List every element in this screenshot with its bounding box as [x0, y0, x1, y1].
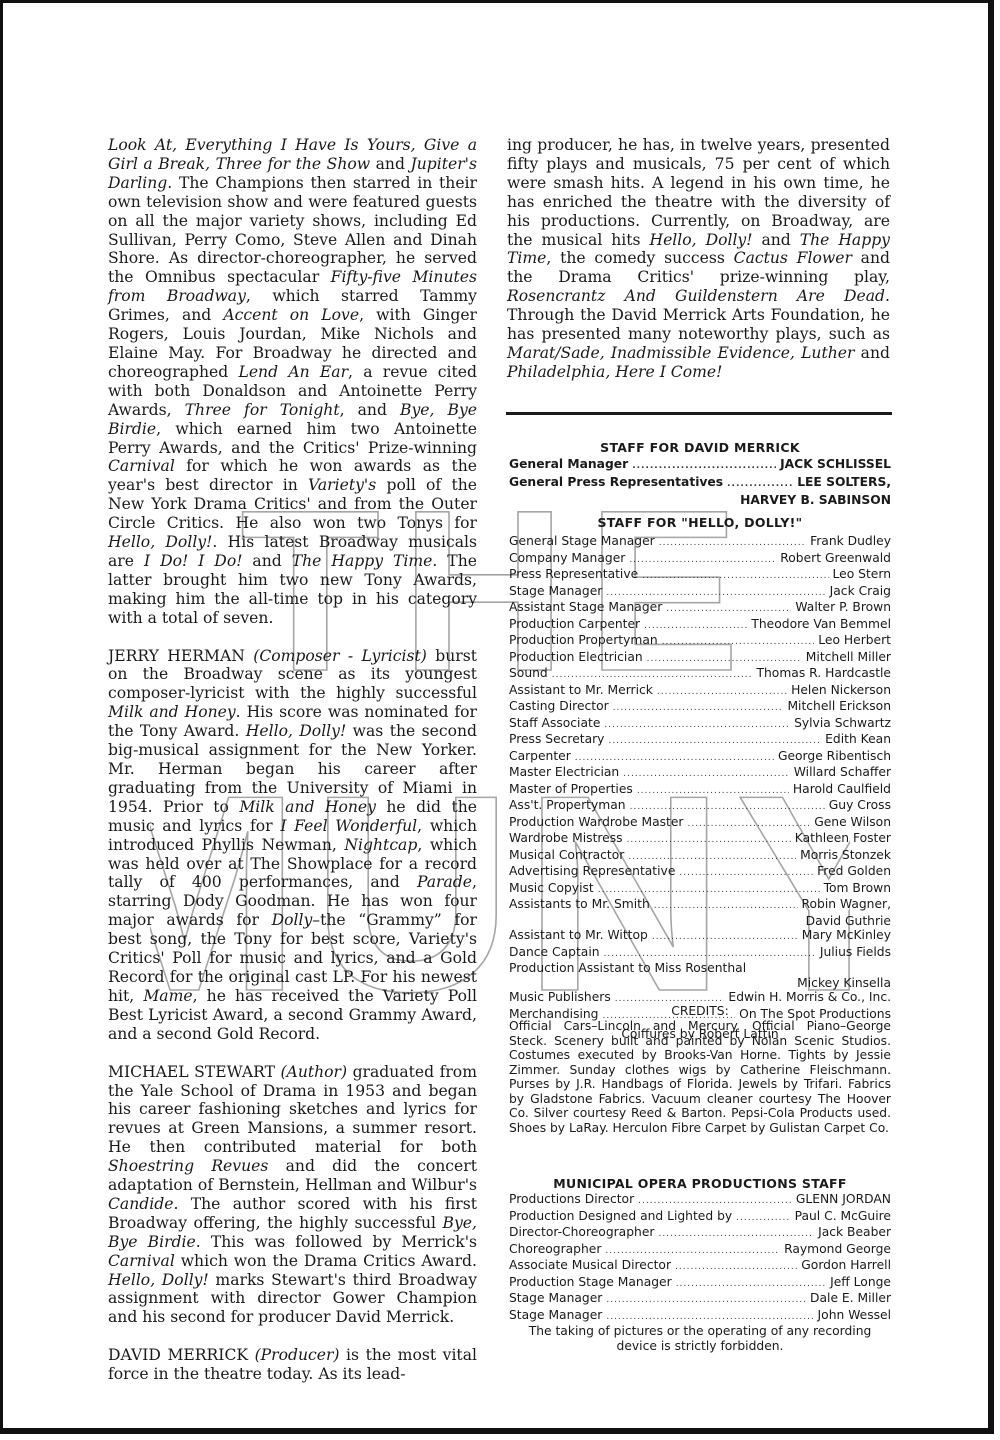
leader-dots [604, 718, 790, 733]
staff-name: George Ribentisch [778, 749, 891, 764]
leader-dots [679, 866, 813, 881]
staff-role: Sound [509, 666, 548, 681]
staff-role: Production Assistant to Miss Rosenthal [509, 961, 746, 976]
staff-role: Assistant to Mr. Wittop [509, 928, 648, 943]
staff-row: Stage ManagerDale E. Miller [509, 1291, 891, 1308]
leader-dots [659, 536, 806, 551]
recording-notice: The taking of pictures or the operating … [509, 1324, 891, 1354]
leader-dots [736, 1211, 790, 1226]
leader-dots [662, 635, 815, 650]
staff-role: Master of Properties [509, 782, 633, 797]
leader-dots [630, 800, 825, 815]
credits-section: CREDITS: Official Cars–Lincoln and Mercu… [509, 1004, 891, 1135]
staff-role: Choreographer [509, 1242, 601, 1257]
leader-dots [606, 1310, 813, 1325]
left-column-bios: Look At, Everything I Have Is Yours, Giv… [108, 136, 477, 1403]
staff-row: CarpenterGeorge Ribentisch [509, 749, 891, 766]
staff-row: Assistants to Mr. SmithRobin Wagner, [509, 897, 891, 914]
staff-row: Production Wardrobe MasterGene Wilson [509, 815, 891, 832]
staff-row: Stage ManagerJack Craig [509, 584, 891, 601]
staff-role: Ass't. Propertyman [509, 798, 626, 813]
staff-for-hello-dolly: STAFF FOR "HELLO, DOLLY!" General Stage … [509, 515, 891, 1042]
bio-paragraph: ing producer, he has, in twelve years, p… [507, 136, 890, 382]
staff-name: John Wessel [818, 1308, 891, 1323]
municipal-opera-staff: MUNICIPAL OPERA PRODUCTIONS STAFF Produc… [509, 1176, 891, 1354]
staff-role: Stage Manager [509, 1291, 602, 1306]
staff-name: Guy Cross [829, 798, 891, 813]
staff-row: Company ManagerRobert Greenwald [509, 551, 891, 568]
staff-name: Helen Nickerson [791, 683, 891, 698]
staff-role: Production Designed and Lighted by [509, 1209, 732, 1224]
staff-role: Production Propertyman [509, 633, 658, 648]
staff-row: Production Stage ManagerJeff Longe [509, 1275, 891, 1292]
staff-name: GLENN JORDAN [796, 1192, 891, 1207]
credits-body: Official Cars–Lincoln and Mercury. Offic… [509, 1019, 891, 1135]
staff-role: Music Copyist [509, 881, 594, 896]
staff-role: Director-Choreographer [509, 1225, 654, 1240]
leader-dots [575, 751, 774, 766]
staff-row: Wardrobe MistressKathleen Foster [509, 831, 891, 848]
staff-name: Kathleen Foster [795, 831, 891, 846]
staff-name: Jack Beaber [818, 1225, 891, 1240]
staff-row: Associate Musical DirectorGordon Harrell [509, 1258, 891, 1275]
leader-dots [604, 947, 816, 962]
staff-name: Willard Schaffer [794, 765, 891, 780]
staff-role: Productions Director [509, 1192, 634, 1207]
staff-name: Mitchell Miller [806, 650, 891, 665]
staff-row: Stage ManagerJohn Wessel [509, 1308, 891, 1325]
staff-row: Production Designed and Lighted byPaul C… [509, 1209, 891, 1226]
staff-row: Production Assistant to Miss Rosenthal [509, 961, 891, 976]
leader-dots [632, 458, 776, 474]
leader-dots [675, 1260, 797, 1275]
staff-name: Gordon Harrell [801, 1258, 891, 1273]
staff-role: Advertising Representative [509, 864, 675, 879]
leader-dots [637, 784, 789, 799]
leader-dots [638, 1194, 792, 1209]
staff-name: Morris Stonzek [800, 848, 891, 863]
staff-row: Production CarpenterTheodore Van Bemmel [509, 617, 891, 634]
staff-role: General Manager [509, 456, 628, 472]
leader-dots [613, 701, 784, 716]
staff-name: Julius Fields [820, 945, 891, 960]
staff-name: Raymond George [784, 1242, 891, 1257]
staff-row: Director-ChoreographerJack Beaber [509, 1225, 891, 1242]
staff-role: Casting Director [509, 699, 609, 714]
staff-row: Assistant to Mr. MerrickHelen Nickerson [509, 683, 891, 700]
staff-name: LEE SOLTERS, [797, 474, 891, 490]
leader-dots [629, 553, 776, 568]
staff-row: Music CopyistTom Brown [509, 881, 891, 898]
staff-name: Paul C. McGuire [795, 1209, 891, 1224]
staff-row: General ManagerJACK SCHLISSEL [509, 456, 891, 474]
staff-role: Production Carpenter [509, 617, 640, 632]
staff-row: Staff AssociateSylvia Schwartz [509, 716, 891, 733]
leader-dots [666, 602, 791, 617]
staff-name: Jack Craig [830, 584, 891, 599]
staff-name: Frank Dudley [810, 534, 891, 549]
staff-name: Leo Herbert [818, 633, 891, 648]
staff-row: Production ElectricianMitchell Miller [509, 650, 891, 667]
staff-name: JACK SCHLISSEL [780, 456, 891, 472]
staff-dolly-heading: STAFF FOR "HELLO, DOLLY!" [509, 515, 891, 531]
staff-name: Dale E. Miller [810, 1291, 891, 1306]
staff-name: Gene Wilson [814, 815, 891, 830]
staff-name: Jeff Longe [830, 1275, 891, 1290]
leader-dots [605, 1244, 780, 1259]
leader-dots [644, 619, 747, 634]
staff-name: Robin Wagner, [802, 897, 891, 912]
leader-dots [676, 1277, 826, 1292]
leader-dots [727, 476, 793, 492]
staff-name: Edwin H. Morris & Co., Inc. [728, 990, 891, 1005]
staff-name-continued: David Guthrie [509, 914, 891, 929]
staff-role: Carpenter [509, 749, 571, 764]
staff-role: Music Publishers [509, 990, 611, 1005]
staff-name: Harold Caulfield [793, 782, 891, 797]
staff-role: Production Stage Manager [509, 1275, 672, 1290]
staff-role: Assistants to Mr. Smith [509, 897, 650, 912]
bio-paragraph: Look At, Everything I Have Is Yours, Giv… [108, 136, 477, 628]
staff-row: Press SecretaryEdith Kean [509, 732, 891, 749]
leader-dots [652, 930, 798, 945]
staff-row: General Stage ManagerFrank Dudley [509, 534, 891, 551]
staff-row: Advertising RepresentativeFred Golden [509, 864, 891, 881]
staff-role: Press Representative [509, 567, 638, 582]
leader-dots [598, 883, 820, 898]
staff-name: Leo Stern [833, 567, 891, 582]
staff-row: ChoreographerRaymond George [509, 1242, 891, 1259]
staff-row: SoundThomas R. Hardcastle [509, 666, 891, 683]
staff-row: Master of PropertiesHarold Caulfield [509, 782, 891, 799]
staff-name-continued: Mickey Kinsella [509, 976, 891, 991]
leader-dots [606, 1293, 806, 1308]
staff-for-david-merrick: STAFF FOR DAVID MERRICK General ManagerJ… [509, 440, 891, 508]
staff-role: Master Electrician [509, 765, 619, 780]
staff-row: Casting DirectorMitchell Erickson [509, 699, 891, 716]
staff-role: Production Electrician [509, 650, 643, 665]
staff-row: Production PropertymanLeo Herbert [509, 633, 891, 650]
leader-dots [647, 652, 802, 667]
staff-name: Robert Greenwald [780, 551, 891, 566]
section-divider [506, 412, 892, 415]
staff-name-continued: HARVEY B. SABINSON [509, 492, 891, 508]
staff-role: Press Secretary [509, 732, 604, 747]
staff-row: Assistant to Mr. WittopMary McKinley [509, 928, 891, 945]
leader-dots [606, 586, 825, 601]
staff-name: Theodore Van Bemmel [751, 617, 891, 632]
staff-name: Walter P. Brown [795, 600, 891, 615]
leader-dots [642, 569, 828, 584]
bio-paragraph: MICHAEL STEWART (Author) graduated from … [108, 1063, 477, 1328]
leader-dots [623, 767, 790, 782]
staff-row: Ass't. PropertymanGuy Cross [509, 798, 891, 815]
staff-row: Productions DirectorGLENN JORDAN [509, 1192, 891, 1209]
staff-role: General Press Representatives [509, 474, 723, 490]
staff-role: Musical Contractor [509, 848, 624, 863]
leader-dots [687, 817, 810, 832]
staff-merrick-heading: STAFF FOR DAVID MERRICK [509, 440, 891, 456]
staff-role: Stage Manager [509, 1308, 602, 1323]
leader-dots [658, 1227, 814, 1242]
staff-row: General Press RepresentativesLEE SOLTERS… [509, 474, 891, 492]
leader-dots [608, 734, 821, 749]
leader-dots [654, 899, 798, 914]
staff-role: Production Wardrobe Master [509, 815, 683, 830]
staff-role: Wardrobe Mistress [509, 831, 623, 846]
leader-dots [657, 685, 787, 700]
staff-name: Tom Brown [824, 881, 891, 896]
bio-paragraph: JERRY HERMAN (Composer - Lyricist) burst… [108, 647, 477, 1044]
staff-name: Fred Golden [817, 864, 891, 879]
merrick-bio-continuation: ing producer, he has, in twelve years, p… [507, 136, 890, 382]
leader-dots [627, 833, 791, 848]
staff-name: Sylvia Schwartz [794, 716, 891, 731]
leader-dots [628, 850, 796, 865]
leader-dots [552, 668, 753, 683]
staff-row: Dance CaptainJulius Fields [509, 945, 891, 962]
staff-row: Assistant Stage ManagerWalter P. Brown [509, 600, 891, 617]
credits-heading: CREDITS: [509, 1004, 891, 1019]
staff-name: Edith Kean [825, 732, 891, 747]
bio-paragraph: DAVID MERRICK (Producer) is the most vit… [108, 1346, 477, 1384]
staff-role: Company Manager [509, 551, 625, 566]
staff-role: General Stage Manager [509, 534, 655, 549]
staff-name: Mary McKinley [802, 928, 891, 943]
staff-role: Staff Associate [509, 716, 600, 731]
staff-name: Thomas R. Hardcastle [756, 666, 891, 681]
staff-role: Dance Captain [509, 945, 600, 960]
staff-row: Master ElectricianWillard Schaffer [509, 765, 891, 782]
staff-role: Assistant to Mr. Merrick [509, 683, 653, 698]
staff-row: Musical ContractorMorris Stonzek [509, 848, 891, 865]
staff-row: Press RepresentativeLeo Stern [509, 567, 891, 584]
staff-role: Assistant Stage Manager [509, 600, 662, 615]
staff-name: Mitchell Erickson [787, 699, 891, 714]
municipal-heading: MUNICIPAL OPERA PRODUCTIONS STAFF [509, 1176, 891, 1192]
staff-role: Stage Manager [509, 584, 602, 599]
staff-role: Associate Musical Director [509, 1258, 671, 1273]
